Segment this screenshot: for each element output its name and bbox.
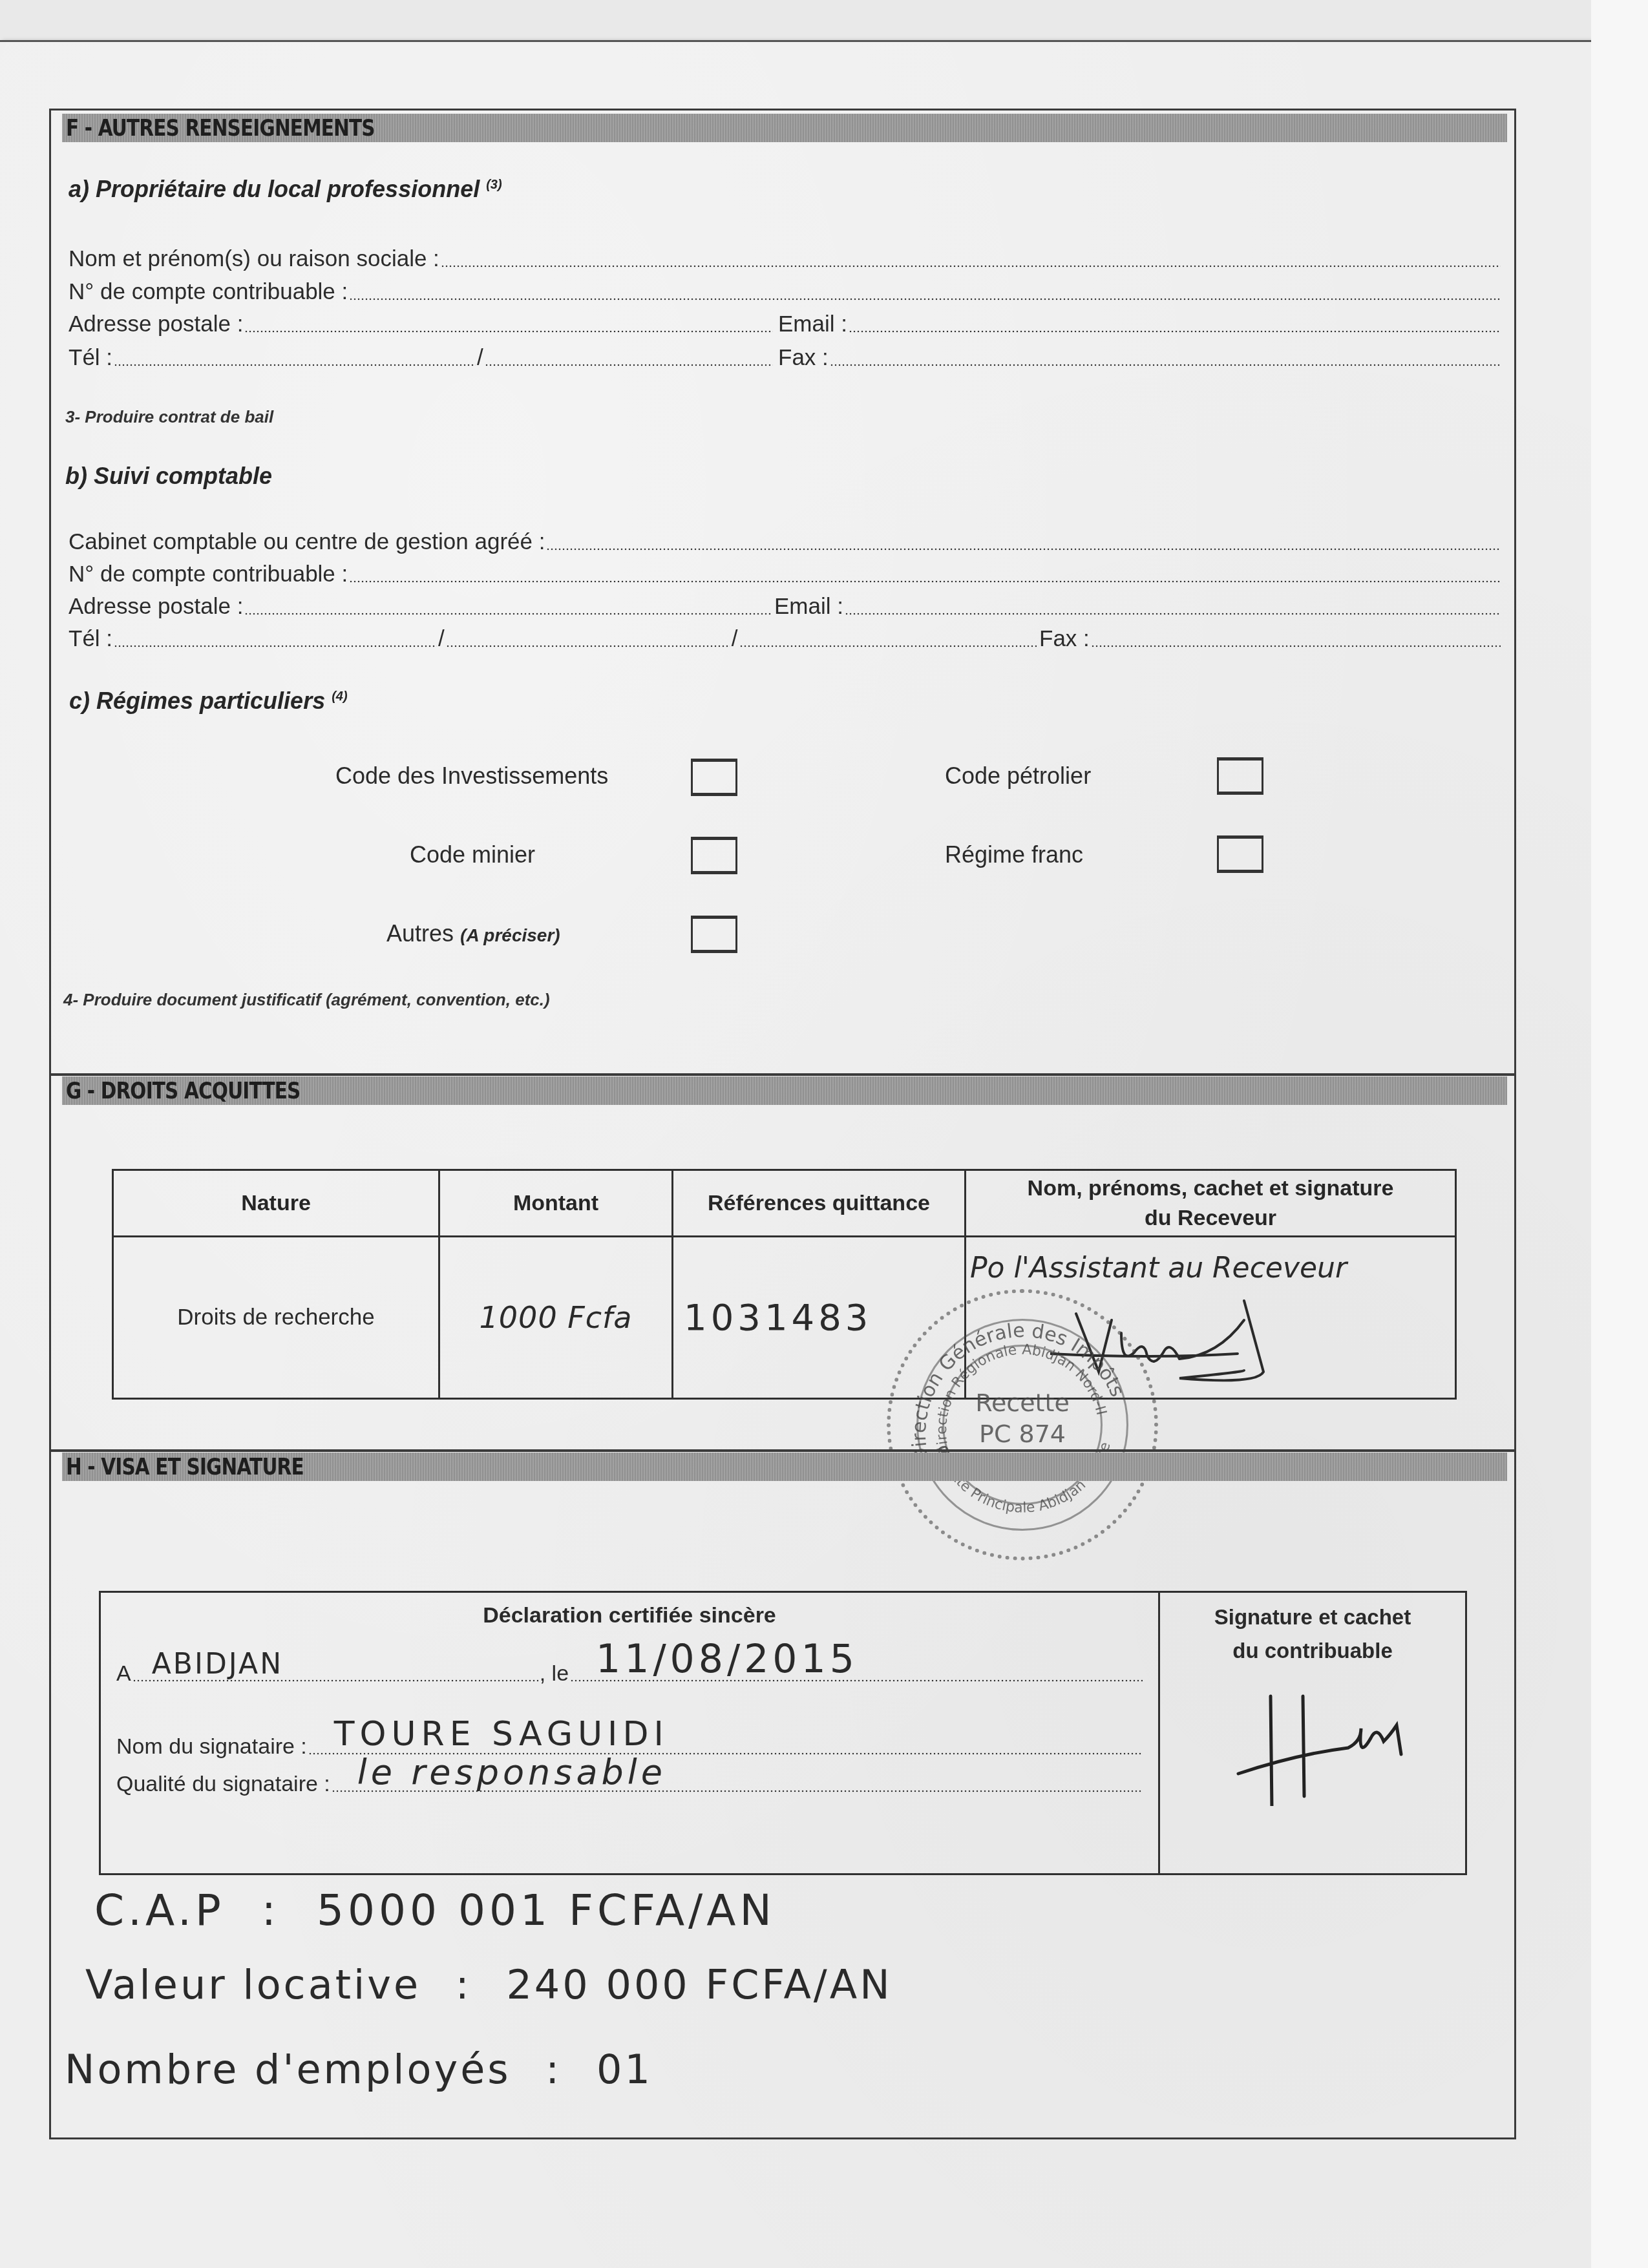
section-f-header: F - AUTRES RENSEIGNEMENTS: [62, 114, 1507, 142]
accounting-email-field[interactable]: Email :: [774, 594, 1502, 620]
scan-margin: [1591, 0, 1648, 2268]
place-date-field[interactable]: A ABIDJAN , le 11/08/2015: [116, 1661, 1144, 1686]
montant-handwritten: 1000 Fcfa: [480, 1300, 633, 1335]
visa-box: Déclaration certifiée sincère A ABIDJAN …: [99, 1591, 1467, 1875]
accounting-email-label: Email :: [774, 594, 843, 620]
owner-heading-text: a) Propriétaire du local professionnel: [69, 176, 480, 202]
section-g-title: G - DROITS ACQUITTES: [66, 1078, 301, 1104]
section-g-header: G - DROITS ACQUITTES: [62, 1076, 1507, 1105]
section-g-separator: [49, 1073, 1516, 1076]
footnote-4: 4- Produire document justificatif (agrém…: [63, 990, 550, 1010]
signature-box-heading-2: du contribuable: [1160, 1634, 1465, 1668]
quality-label: Qualité du signataire :: [116, 1772, 330, 1797]
owner-tel-input-2[interactable]: [485, 364, 773, 366]
regimes-heading-text: c) Régimes particuliers: [69, 688, 325, 714]
regime-label-minier: Code minier: [410, 841, 535, 868]
note-cap-sep: :: [262, 1885, 280, 1935]
quality-input[interactable]: le responsable: [332, 1790, 1143, 1792]
accounting-heading: b) Suivi comptable: [65, 463, 272, 490]
accounting-tel-field[interactable]: Tél : / /: [69, 626, 1038, 652]
accounting-account-label: N° de compte contribuable :: [69, 562, 348, 587]
place-value: ABIDJAN: [152, 1648, 283, 1681]
owner-name-field[interactable]: Nom et prénom(s) ou raison sociale :: [69, 246, 1502, 272]
table-row: Droits de recherche 1000 Fcfa 1031483 Po…: [113, 1237, 1456, 1399]
regime-label-autres: Autres (A préciser): [386, 920, 560, 947]
regime-label-autres-note: (A préciser): [460, 925, 560, 945]
accounting-email-input[interactable]: [845, 613, 1501, 615]
stamp-center-line2: PC 874: [891, 1420, 1154, 1448]
owner-heading-ref: (3): [486, 178, 502, 192]
accounting-fax-field[interactable]: Fax :: [1039, 626, 1502, 652]
place-input[interactable]: ABIDJAN: [132, 1679, 538, 1682]
owner-tel-separator: /: [477, 345, 483, 371]
note-cap: C.A.P : 5000 001 FCFA/AN: [94, 1885, 776, 1935]
regimes-heading-ref: (4): [332, 689, 347, 704]
owner-heading: a) Propriétaire du local professionnel (…: [69, 176, 502, 203]
accounting-fax-input[interactable]: [1091, 645, 1501, 647]
owner-name-label: Nom et prénom(s) ou raison sociale :: [69, 246, 439, 272]
owner-tel-input-1[interactable]: [114, 364, 476, 366]
accounting-account-input[interactable]: [349, 580, 1501, 583]
header-references: Références quittance: [673, 1170, 966, 1237]
quality-field[interactable]: Qualité du signataire : le responsable: [116, 1772, 1144, 1797]
date-label: , le: [540, 1661, 569, 1686]
note-valeur-value: 240 000 FCFA/AN: [506, 1961, 892, 2008]
owner-tel-label: Tél :: [69, 345, 112, 371]
accounting-account-field[interactable]: N° de compte contribuable :: [69, 562, 1502, 587]
section-f-title: F - AUTRES RENSEIGNEMENTS: [66, 115, 375, 142]
owner-email-label: Email :: [778, 311, 847, 337]
note-valeur-sep: :: [456, 1961, 472, 2008]
checkbox-code-petrolier[interactable]: [1217, 757, 1263, 795]
owner-fax-input[interactable]: [830, 364, 1501, 366]
taxpayer-signature-icon[interactable]: [1232, 1677, 1426, 1806]
checkbox-code-investissements[interactable]: [691, 759, 737, 796]
section-h-title: H - VISA ET SIGNATURE: [66, 1454, 304, 1480]
note-valeur-locative: Valeur locative : 240 000 FCFA/AN: [85, 1961, 893, 2008]
note-employes-label: Nombre d'employés: [65, 2046, 511, 2093]
accounting-tel-separator-1: /: [438, 626, 445, 652]
note-cap-value: 5000 001 FCFA/AN: [317, 1885, 776, 1935]
owner-account-label: N° de compte contribuable :: [69, 279, 348, 305]
cell-montant[interactable]: 1000 Fcfa: [439, 1237, 673, 1399]
signatory-label: Nom du signataire :: [116, 1734, 307, 1759]
stamp-center-line1: Recette: [891, 1389, 1154, 1417]
place-label: A: [116, 1661, 131, 1686]
regime-label-autres-text: Autres: [386, 920, 454, 947]
owner-address-field[interactable]: Adresse postale :: [69, 311, 774, 337]
accounting-tel-separator-2: /: [732, 626, 738, 652]
cell-nature: Droits de recherche: [113, 1237, 439, 1399]
note-employes: Nombre d'employés : 01: [65, 2046, 653, 2093]
owner-name-input[interactable]: [441, 265, 1501, 268]
section-h-separator: [49, 1449, 1516, 1452]
receveur-handwritten-note: Po l'Assistant au Receveur: [970, 1252, 1455, 1285]
header-receveur: Nom, prénoms, cachet et signature du Rec…: [966, 1170, 1456, 1237]
header-nature: Nature: [113, 1170, 439, 1237]
regime-label-petrolier: Code pétrolier: [945, 762, 1091, 790]
date-value: 11/08/2015: [596, 1637, 858, 1682]
official-stamp: Direction Générale des Impôts Direction …: [887, 1289, 1158, 1560]
section-h-header: H - VISA ET SIGNATURE: [62, 1453, 1507, 1481]
accounting-address-field[interactable]: Adresse postale :: [69, 594, 773, 620]
checkbox-code-minier[interactable]: [691, 837, 737, 874]
accounting-firm-input[interactable]: [546, 548, 1501, 551]
declaration-heading: Déclaration certifiée sincère: [101, 1603, 1158, 1628]
droits-table: Nature Montant Références quittance Nom,…: [112, 1169, 1457, 1400]
accounting-firm-label: Cabinet comptable ou centre de gestion a…: [69, 529, 545, 555]
owner-email-field[interactable]: Email :: [778, 311, 1502, 337]
accounting-firm-field[interactable]: Cabinet comptable ou centre de gestion a…: [69, 529, 1502, 555]
accounting-tel-label: Tél :: [69, 626, 112, 652]
owner-account-input[interactable]: [349, 298, 1501, 300]
regime-label-franc: Régime franc: [945, 841, 1083, 868]
owner-address-label: Adresse postale :: [69, 311, 243, 337]
accounting-address-input[interactable]: [244, 613, 772, 615]
date-input[interactable]: 11/08/2015: [570, 1679, 1143, 1682]
owner-fax-label: Fax :: [778, 345, 829, 371]
accounting-fax-label: Fax :: [1039, 626, 1090, 652]
header-montant: Montant: [439, 1170, 673, 1237]
accounting-tel-input-3[interactable]: [739, 645, 1037, 647]
owner-fax-field[interactable]: Fax :: [778, 345, 1502, 371]
note-employes-value: 01: [597, 2046, 653, 2093]
quality-value: le responsable: [357, 1752, 666, 1792]
owner-address-input[interactable]: [244, 330, 773, 333]
signature-box-heading: Signature et cachet du contribuable: [1160, 1601, 1465, 1668]
owner-tel-field[interactable]: Tél : /: [69, 345, 774, 371]
signature-box-heading-1: Signature et cachet: [1160, 1601, 1465, 1634]
checkbox-autres[interactable]: [691, 916, 737, 953]
droits-table-header: Nature Montant Références quittance Nom,…: [113, 1170, 1456, 1237]
accounting-address-label: Adresse postale :: [69, 594, 243, 620]
reference-handwritten: 1031483: [684, 1297, 872, 1339]
accounting-tel-input-2[interactable]: [446, 645, 730, 647]
footnote-3: 3- Produire contrat de bail: [65, 407, 273, 427]
note-cap-label: C.A.P: [94, 1885, 225, 1935]
note-valeur-label: Valeur locative: [85, 1961, 421, 2008]
accounting-tel-input-1[interactable]: [114, 645, 437, 647]
regimes-heading: c) Régimes particuliers (4): [69, 688, 348, 715]
owner-email-input[interactable]: [849, 330, 1501, 333]
regime-label-investissements: Code des Investissements: [335, 762, 608, 790]
signatory-value: TOURE SAGUIDI: [334, 1715, 669, 1754]
checkbox-regime-franc[interactable]: [1217, 835, 1263, 873]
owner-account-field[interactable]: N° de compte contribuable :: [69, 279, 1502, 305]
note-employes-sep: :: [545, 2046, 562, 2093]
